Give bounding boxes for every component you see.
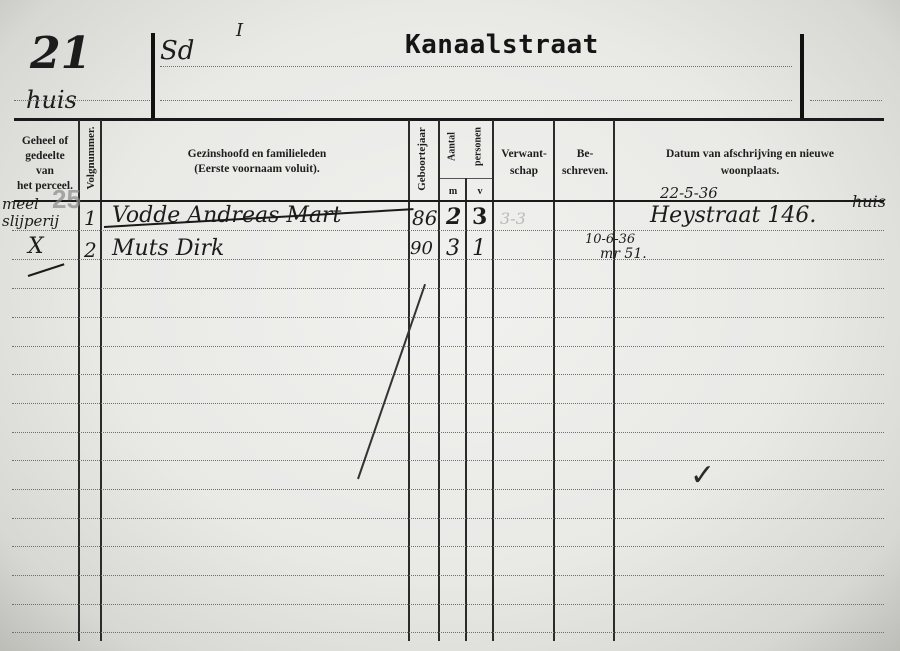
margin-dash bbox=[28, 263, 65, 277]
col-beschreven: Be- schreven. bbox=[555, 147, 615, 179]
row-name: Muts Dirk bbox=[112, 236, 224, 261]
row-datum-top: 10-6-36 bbox=[585, 232, 635, 247]
house-number: 21 bbox=[30, 28, 91, 79]
col-verwantschap: Verwant- schap bbox=[494, 147, 554, 179]
col-line-7 bbox=[553, 120, 555, 641]
col-line-8 bbox=[613, 120, 615, 641]
row-datum: mr 51. bbox=[600, 246, 647, 262]
house-suffix-superscript: I bbox=[236, 20, 243, 41]
row-datum: Heystraat 146. bbox=[650, 203, 816, 228]
row-datum-side: huis bbox=[852, 192, 886, 211]
row-v: 3 bbox=[472, 204, 487, 230]
col-line-4 bbox=[438, 120, 440, 641]
row-year: 86 bbox=[412, 206, 437, 230]
row-v: 1 bbox=[472, 236, 486, 261]
row-year: 90 bbox=[410, 238, 433, 259]
col-line-2 bbox=[100, 120, 102, 641]
row-datum-top: 22-5-36 bbox=[660, 184, 718, 202]
top-divider-left bbox=[151, 33, 155, 119]
street-name: Kanaalstraat bbox=[405, 30, 599, 60]
row-m: 2 bbox=[446, 204, 461, 230]
row-perceel: X bbox=[28, 234, 44, 259]
checkmark-icon: ✓ bbox=[690, 458, 715, 493]
col-gezinshoofd: Gezinshoofd en familieleden (Eerste voor… bbox=[102, 147, 412, 177]
header-rule bbox=[14, 118, 884, 121]
col-personen: personen bbox=[473, 127, 484, 167]
col-line-6 bbox=[492, 120, 494, 641]
col-geboortejaar: Geboortejaar bbox=[416, 124, 428, 194]
col-volgnummer: Volgnummer. bbox=[85, 123, 97, 193]
row-volgnummer: 2 bbox=[84, 238, 97, 262]
row-volgnummer: 1 bbox=[84, 206, 97, 230]
col-datum: Datum van afschrijving en nieuwe woonpla… bbox=[615, 147, 885, 179]
header-line-2b bbox=[160, 100, 792, 101]
row-verwantschap: 3-3 bbox=[500, 209, 526, 228]
house-suffix: Sd bbox=[160, 36, 194, 66]
header-line-2c bbox=[810, 100, 882, 101]
header-line-1 bbox=[160, 66, 792, 67]
row-perceel: meel slijperij bbox=[2, 196, 78, 230]
col-aantal: Aantal bbox=[447, 127, 458, 167]
row-m: 3 bbox=[446, 236, 460, 261]
top-divider-right bbox=[800, 34, 804, 118]
col-v: v bbox=[467, 184, 493, 199]
header-line-2a bbox=[14, 100, 150, 101]
diagonal-stroke bbox=[357, 284, 426, 479]
register-card: 21 huis Sd I Kanaalstraat Geheel of gede… bbox=[0, 0, 900, 651]
col-m: m bbox=[440, 184, 466, 199]
col-line-5 bbox=[465, 178, 467, 641]
column-header-rule bbox=[14, 200, 884, 202]
col-line-3 bbox=[408, 120, 410, 641]
